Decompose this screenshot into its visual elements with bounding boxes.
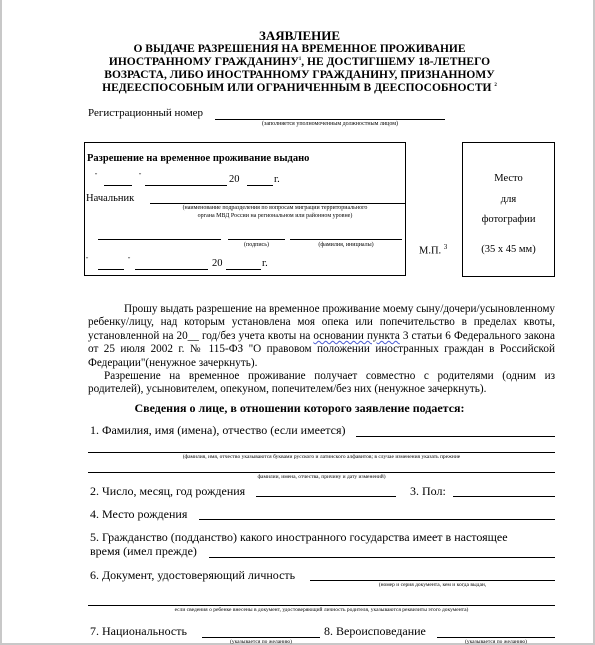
photo-text-line-2: для: [463, 194, 554, 205]
issue-year-field[interactable]: [247, 185, 273, 186]
subtitle-part: НЕДЕЕСПОСОБНЫМ ИЛИ ОГРАНИЧЕННЫМ В ДЕЕСПО…: [102, 82, 491, 94]
chief-label: Начальник: [86, 193, 134, 204]
chief-department-field[interactable]: [150, 203, 406, 204]
identity-document-field-line-2[interactable]: [88, 605, 555, 606]
sex-field[interactable]: [453, 496, 555, 497]
document-subtitle-line-2: ИНОСТРАННОМУ ГРАЖДАНИНУ1, НЕ ДОСТИГШЕМУ …: [2, 56, 595, 68]
footnote-marker: 3: [444, 243, 448, 251]
subtitle-part: ИНОСТРАННОМУ ГРАЖДАНИНУ: [109, 56, 299, 68]
chief-department-hint-2: органа МВД России на региональном или ра…: [149, 213, 401, 219]
year-suffix: г.: [262, 258, 268, 269]
document-subtitle-line-1: О ВЫДАЧЕ РАЗРЕШЕНИЯ НА ВРЕМЕННОЕ ПРОЖИВА…: [2, 43, 595, 55]
issue-month-field[interactable]: [145, 185, 227, 186]
document-subtitle-line-3: ВОЗРАСТА, ЛИБО ИНОСТРАННОМУ ГРАЖДАНИНУ, …: [2, 69, 595, 81]
identity-document-hint-2: если сведения о ребенке внесены в докуме…: [88, 607, 555, 613]
registration-number-field[interactable]: [215, 119, 445, 120]
registration-number-hint: (заполняется уполномоченным должностным …: [215, 121, 445, 127]
chief-department-hint-1: (наименование подразделения по вопросам …: [149, 205, 401, 211]
nationality-hint: (указывается по желанию): [202, 639, 320, 645]
full-name-hint-2: фамилии, имена, отчества, причину и дату…: [88, 474, 555, 480]
registration-number-label: Регистрационный номер: [88, 107, 203, 119]
request-paragraph: Прошу выдать разрешение на временное про…: [88, 303, 555, 370]
year-suffix: г.: [274, 174, 280, 185]
document-title: ЗАЯВЛЕНИЕ: [2, 28, 595, 44]
photo-size-text: (35 х 45 мм): [463, 244, 554, 255]
seal-label: М.П. 3: [419, 243, 447, 257]
chief-signature-field[interactable]: [228, 239, 285, 240]
religion-hint: (указывается по желанию): [437, 639, 555, 645]
section-heading: Сведения о лице, в отношении которого за…: [2, 401, 595, 416]
birth-place-field[interactable]: [199, 519, 555, 520]
field-birth-place-label: 4. Место рождения: [90, 507, 187, 522]
sign-day-field[interactable]: [98, 269, 124, 270]
photo-text-line-1: Место: [463, 173, 554, 184]
field-birth-date-label: 2. Число, месяц, год рождения: [90, 484, 245, 499]
name-hint: (фамилия, инициалы): [290, 242, 402, 248]
seal-text: М.П.: [419, 246, 441, 257]
full-name-field-line-2[interactable]: [88, 452, 555, 453]
identity-document-field[interactable]: [310, 580, 555, 581]
chief-position-field[interactable]: [98, 239, 221, 240]
field-sex-label: 3. Пол:: [410, 484, 446, 499]
footnote-marker: 2: [494, 83, 497, 88]
field-citizenship-label-2: время (имел прежде): [90, 544, 197, 559]
sign-month-field[interactable]: [135, 269, 208, 270]
field-citizenship-label: 5. Гражданство (подданство) какого иност…: [90, 530, 508, 545]
field-religion-label: 8. Вероисповедание: [324, 624, 426, 639]
full-name-hint-1: (фамилия, имя, отчество указываются букв…: [88, 454, 555, 460]
field-nationality-label: 7. Национальность: [90, 624, 187, 639]
quote-mark: ": [139, 173, 141, 179]
photo-placeholder-box: Место для фотографии (35 х 45 мм): [462, 142, 555, 277]
citizenship-field[interactable]: [209, 557, 555, 558]
nationality-field[interactable]: [202, 637, 320, 638]
quote-mark: ": [86, 257, 88, 263]
spellcheck-underlined-text: основании пункта: [313, 330, 399, 342]
chief-name-field[interactable]: [290, 239, 402, 240]
subtitle-part: , НЕ ДОСТИГШЕМУ 18-ЛЕТНЕГО: [301, 56, 490, 68]
field-full-name-label: 1. Фамилия, имя (имена), отчество (если …: [90, 423, 346, 438]
sign-year-field[interactable]: [226, 269, 261, 270]
field-identity-document-label: 6. Документ, удостоверяющий личность: [90, 568, 295, 583]
permit-issued-heading: Разрешение на временное проживание выдан…: [87, 153, 309, 164]
photo-text-line-3: фотографии: [463, 214, 554, 225]
full-name-field[interactable]: [356, 436, 555, 437]
birth-date-field[interactable]: [256, 496, 396, 497]
quote-mark: ": [128, 257, 130, 263]
document-subtitle-line-4: НЕДЕЕСПОСОБНЫМ ИЛИ ОГРАНИЧЕННЫМ В ДЕЕСПО…: [2, 82, 595, 94]
signature-hint: (подпись): [228, 242, 285, 248]
religion-field[interactable]: [437, 637, 555, 638]
full-name-field-line-3[interactable]: [88, 472, 555, 473]
quote-mark: ": [95, 173, 97, 179]
year-prefix: 20: [229, 174, 240, 185]
identity-document-hint-1: (номер и серия документа, кем и когда вы…: [310, 582, 555, 588]
request-text: Прошу выдать разрешение на временное про…: [88, 303, 555, 397]
document-page: ЗАЯВЛЕНИЕ О ВЫДАЧЕ РАЗРЕШЕНИЯ НА ВРЕМЕНН…: [0, 0, 595, 645]
cohabitation-paragraph: Разрешение на временное проживание получ…: [88, 370, 555, 397]
issue-day-field[interactable]: [104, 185, 132, 186]
permit-issued-box: Разрешение на временное проживание выдан…: [84, 142, 406, 276]
year-prefix: 20: [212, 258, 223, 269]
